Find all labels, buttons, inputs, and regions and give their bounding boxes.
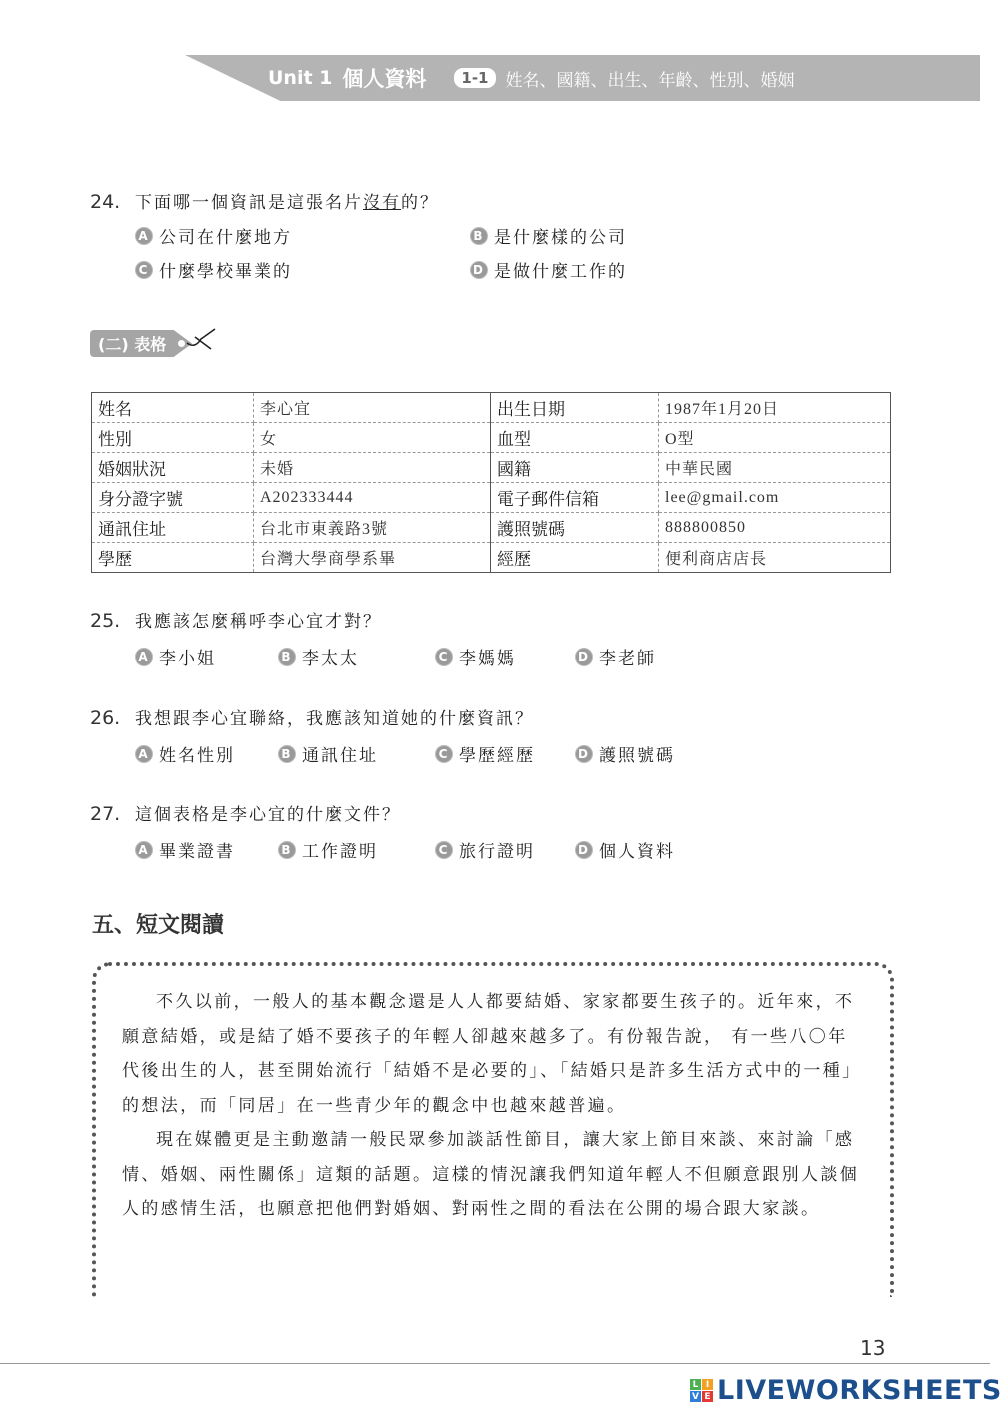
option-d-icon: D [575, 648, 593, 666]
field-label: 電子郵件信箱 [491, 483, 659, 513]
field-label: 出生日期 [491, 393, 659, 423]
question-number: 25. [90, 610, 135, 632]
lesson-topics: 姓名、國籍、出生、年齡、性別、婚姻 [506, 66, 795, 91]
option-a-icon: A [135, 227, 153, 245]
unit-header: Unit 1 個人資料 1-1 姓名、國籍、出生、年齡、性別、婚姻 [268, 62, 795, 94]
field-label: 血型 [491, 423, 659, 453]
option-a[interactable]: A姓名性別 [135, 741, 278, 766]
liveworksheets-logo[interactable]: L I V E LIVEWORKSHEETS [690, 1375, 1000, 1406]
passage-paragraph: 不久以前，一般人的基本觀念還是人人都要結婚、家家都要生孩子的。近年來，不願意結婚… [122, 985, 864, 1123]
footer-divider [0, 1363, 990, 1364]
option-a[interactable]: A畢業證書 [135, 837, 278, 862]
table-row: 學歷 台灣大學商學系畢 經歷 便利商店店長 [92, 543, 891, 573]
section-tag: (二) 表格 [90, 330, 192, 357]
unit-title: 個人資料 [342, 63, 426, 93]
question-text: 我想跟李心宜聯絡，我應該知道她的什麼資訊？ [135, 704, 534, 729]
reading-passage: 不久以前，一般人的基本觀念還是人人都要結婚、家家都要生孩子的。近年來，不願意結婚… [122, 985, 864, 1227]
field-value: O型 [659, 423, 891, 453]
question-text: 下面哪一個資訊是這張名片沒有的？ [135, 188, 439, 213]
option-b[interactable]: B李太太 [278, 644, 435, 669]
question-27: 27. 這個表格是李心宜的什麼文件？ A畢業證書 B工作證明 C旅行證明 D個人… [90, 800, 675, 862]
question-text: 這個表格是李心宜的什麼文件？ [135, 800, 401, 825]
field-label: 性別 [92, 423, 254, 453]
field-label: 身分證字號 [92, 483, 254, 513]
option-b[interactable]: B是什麼樣的公司 [470, 223, 627, 248]
field-value: 女 [254, 423, 491, 453]
question-number: 24. [90, 191, 135, 213]
field-label: 婚姻狀況 [92, 453, 254, 483]
option-a-icon: A [135, 745, 153, 763]
question-25: 25. 我應該怎麼稱呼李心宜才對？ A李小姐 B李太太 C李媽媽 D李老師 [90, 607, 656, 669]
table-row: 婚姻狀況 未婚 國籍 中華民國 [92, 453, 891, 483]
table-row: 性別 女 血型 O型 [92, 423, 891, 453]
unit-label: Unit 1 [268, 67, 332, 89]
option-c[interactable]: C學歷經歷 [435, 741, 575, 766]
option-c-icon: C [435, 841, 453, 859]
question-24: 24. 下面哪一個資訊是這張名片沒有的？ A公司在什麼地方 B是什麼樣的公司 C… [90, 188, 627, 282]
field-label: 學歷 [92, 543, 254, 573]
option-d[interactable]: D是做什麼工作的 [470, 257, 627, 282]
field-value: lee@gmail.com [659, 483, 891, 513]
lesson-badge: 1-1 [454, 68, 495, 88]
option-c[interactable]: C李媽媽 [435, 644, 575, 669]
field-value: 1987年1月20日 [659, 393, 891, 423]
tag-hole-icon [178, 340, 185, 347]
field-value: 台灣大學商學系畢 [254, 543, 491, 573]
question-number: 27. [90, 803, 135, 825]
live-grid-icon: L I V E [690, 1379, 713, 1402]
option-b-icon: B [278, 648, 296, 666]
option-a-icon: A [135, 648, 153, 666]
option-d[interactable]: D護照號碼 [575, 741, 675, 766]
option-b[interactable]: B工作證明 [278, 837, 435, 862]
option-d-icon: D [470, 261, 488, 279]
option-c[interactable]: C什麼學校畢業的 [135, 257, 470, 282]
option-a[interactable]: A李小姐 [135, 644, 278, 669]
field-value: 台北市東義路3號 [254, 513, 491, 543]
option-a[interactable]: A公司在什麼地方 [135, 223, 470, 248]
underlined-emphasis: 沒有 [363, 193, 401, 213]
field-label: 姓名 [92, 393, 254, 423]
option-c-icon: C [135, 261, 153, 279]
field-value: 中華民國 [659, 453, 891, 483]
field-label: 國籍 [491, 453, 659, 483]
option-d[interactable]: D李老師 [575, 644, 656, 669]
option-d-icon: D [575, 745, 593, 763]
field-value: 888800850 [659, 513, 891, 543]
field-value: 李心宜 [254, 393, 491, 423]
option-a-icon: A [135, 841, 153, 859]
option-c[interactable]: C旅行證明 [435, 837, 575, 862]
field-label: 護照號碼 [491, 513, 659, 543]
personal-info-table: 姓名 李心宜 出生日期 1987年1月20日 性別 女 血型 O型 婚姻狀況 未… [91, 392, 891, 573]
field-label: 經歷 [491, 543, 659, 573]
tag-string-icon [185, 327, 217, 351]
option-b-icon: B [278, 745, 296, 763]
question-text: 我應該怎麼稱呼李心宜才對？ [135, 607, 382, 632]
question-number: 26. [90, 707, 135, 729]
option-b-icon: B [278, 841, 296, 859]
page-number: 13 [860, 1336, 885, 1360]
option-c-icon: C [435, 648, 453, 666]
section-title: 五、短文閱讀 [92, 908, 224, 939]
table-row: 身分證字號 A202333444 電子郵件信箱 lee@gmail.com [92, 483, 891, 513]
option-d[interactable]: D個人資料 [575, 837, 675, 862]
field-label: 通訊住址 [92, 513, 254, 543]
option-b[interactable]: B通訊住址 [278, 741, 435, 766]
passage-paragraph: 現在媒體更是主動邀請一般民眾參加談話性節目，讓大家上節目來談、來討論「感情、婚姻… [122, 1123, 864, 1227]
table-row: 姓名 李心宜 出生日期 1987年1月20日 [92, 393, 891, 423]
option-b-icon: B [470, 227, 488, 245]
brand-wordmark: LIVEWORKSHEETS [717, 1375, 1000, 1406]
option-d-icon: D [575, 841, 593, 859]
field-value: 便利商店店長 [659, 543, 891, 573]
field-value: A202333444 [254, 483, 491, 513]
question-26: 26. 我想跟李心宜聯絡，我應該知道她的什麼資訊？ A姓名性別 B通訊住址 C學… [90, 704, 675, 766]
option-c-icon: C [435, 745, 453, 763]
field-value: 未婚 [254, 453, 491, 483]
table-row: 通訊住址 台北市東義路3號 護照號碼 888800850 [92, 513, 891, 543]
